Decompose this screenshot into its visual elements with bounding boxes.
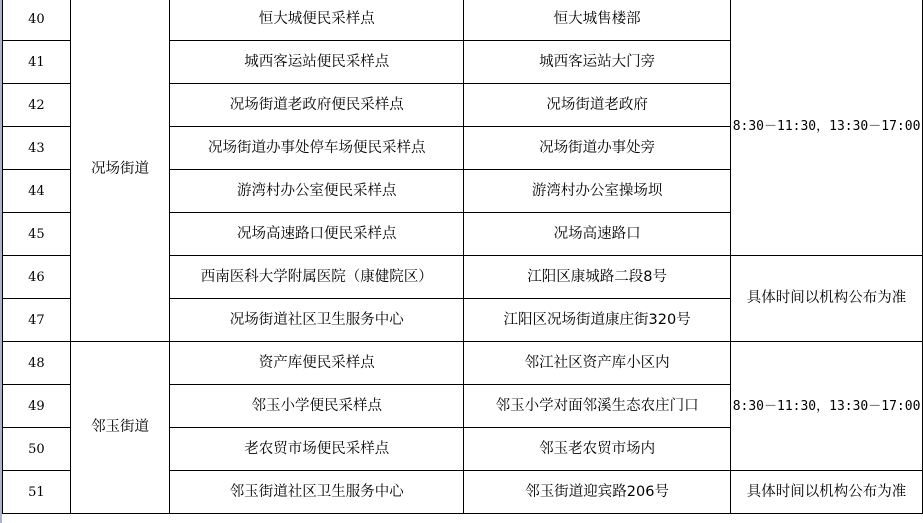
site-address: 江阳区康城路二段8号 (464, 256, 731, 299)
site-address: 邻玉小学对面邻溪生态农庄门口 (464, 385, 731, 428)
row-number: 48 (3, 342, 71, 385)
row-number: 44 (3, 170, 71, 213)
site-name: 况场高速路口便民采样点 (170, 213, 464, 256)
site-name: 况场街道办事处停车场便民采样点 (170, 127, 464, 170)
site-name: 游湾村办公室便民采样点 (170, 170, 464, 213)
sampling-sites-table: 40 况场街道 恒大城便民采样点 恒大城售楼部 8:30－11:30，13:30… (2, 0, 923, 514)
row-number: 45 (3, 213, 71, 256)
site-name: 邻玉小学便民采样点 (170, 385, 464, 428)
table-row: 40 况场街道 恒大城便民采样点 恒大城售楼部 8:30－11:30，13:30… (3, 0, 923, 41)
row-number: 40 (3, 0, 71, 41)
row-number: 47 (3, 299, 71, 342)
table-row: 48 邻玉街道 资产库便民采样点 邻江社区资产库小区内 8:30－11:30，1… (3, 342, 923, 385)
row-number: 43 (3, 127, 71, 170)
site-name: 邻玉街道社区卫生服务中心 (170, 471, 464, 514)
service-hours: 8:30－11:30，13:30－17:00 (731, 342, 923, 471)
site-name: 城西客运站便民采样点 (170, 41, 464, 84)
site-address: 城西客运站大门旁 (464, 41, 731, 84)
site-name: 资产库便民采样点 (170, 342, 464, 385)
site-name: 恒大城便民采样点 (170, 0, 464, 41)
site-address: 况场高速路口 (464, 213, 731, 256)
site-address: 邻玉街道迎宾路206号 (464, 471, 731, 514)
site-address: 况场街道办事处旁 (464, 127, 731, 170)
site-address: 邻江社区资产库小区内 (464, 342, 731, 385)
site-address: 况场街道老政府 (464, 84, 731, 127)
site-address: 游湾村办公室操场坝 (464, 170, 731, 213)
row-number: 50 (3, 428, 71, 471)
row-number: 46 (3, 256, 71, 299)
site-address: 邻玉老农贸市场内 (464, 428, 731, 471)
site-name: 老农贸市场便民采样点 (170, 428, 464, 471)
row-number: 42 (3, 84, 71, 127)
site-name: 西南医科大学附属医院（康健院区） (170, 256, 464, 299)
site-address: 恒大城售楼部 (464, 0, 731, 41)
service-hours: 8:30－11:30，13:30－17:00 (731, 0, 923, 256)
site-name: 况场街道老政府便民采样点 (170, 84, 464, 127)
row-number: 51 (3, 471, 71, 514)
service-hours-note: 具体时间以机构公布为准 (731, 471, 923, 514)
row-number: 41 (3, 41, 71, 84)
site-name: 况场街道社区卫生服务中心 (170, 299, 464, 342)
district-cell: 邻玉街道 (70, 342, 170, 514)
service-hours-note: 具体时间以机构公布为准 (731, 256, 923, 342)
district-cell: 况场街道 (70, 0, 170, 342)
site-address: 江阳区况场街道康庄街320号 (464, 299, 731, 342)
row-number: 49 (3, 385, 71, 428)
